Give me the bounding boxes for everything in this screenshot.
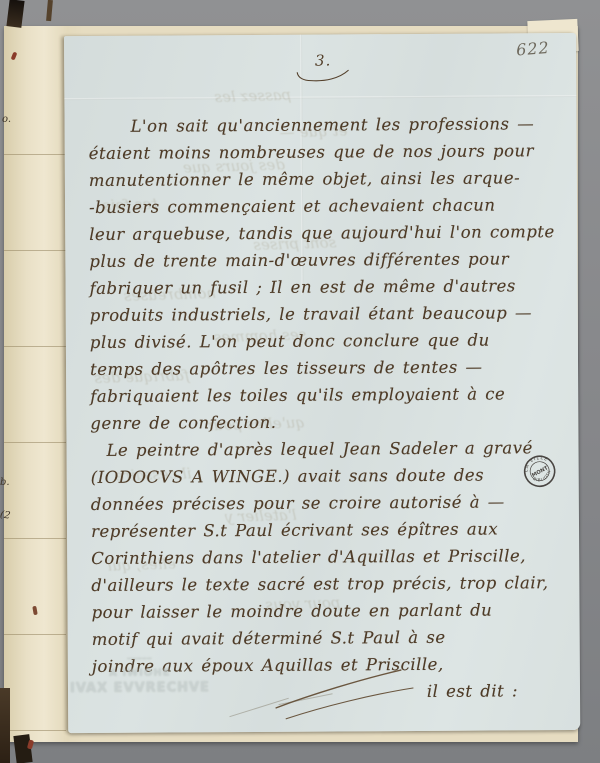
manuscript-line: données précises pour se croire autorisé… bbox=[91, 488, 575, 518]
manuscript-line: manutentionner le même objet, ainsi les … bbox=[89, 164, 573, 194]
manuscript-line: plus de trente main-d'œuvres différentes… bbox=[89, 245, 573, 275]
binding-edge-dark bbox=[0, 688, 10, 763]
folio-number: 622 bbox=[515, 36, 576, 59]
binding-thread bbox=[46, 0, 53, 21]
manuscript-text: L'on sait qu'anciennement les profession… bbox=[88, 110, 576, 707]
manuscript-line: genre de confection. bbox=[90, 407, 574, 437]
manuscript-line: d'ailleurs le texte sacré est trop préci… bbox=[91, 569, 575, 599]
manuscript-line: produits industriels, le travail étant b… bbox=[90, 299, 574, 329]
margin-mark: (2 bbox=[0, 509, 11, 522]
manuscript-line: Corinthiens dans l'atelier d'Aquillas et… bbox=[91, 542, 575, 572]
stitch-mark bbox=[27, 740, 34, 750]
margin-mark: o. bbox=[2, 114, 11, 125]
margin-mark: b. bbox=[0, 477, 10, 488]
manuscript-line: étaient moins nombreuses que de nos jour… bbox=[89, 137, 573, 167]
ghost-label-row: ⎯⎯⎯⎯⎯ bbox=[70, 650, 210, 666]
manuscript-line: leur arquebuse, tandis que aujourd'hui l… bbox=[89, 218, 573, 248]
manuscript-line: temps des apôtres les tisseurs de tentes… bbox=[90, 353, 574, 383]
page-number: 3. bbox=[315, 51, 331, 69]
ghost-label-row: IVAX EVVRECHVE bbox=[70, 680, 210, 696]
binding-tab-top bbox=[6, 0, 24, 28]
manuscript-line: -busiers commençaient et achevaient chac… bbox=[89, 191, 573, 221]
manuscript-line: Le peintre d'après lequel Jean Sadeler a… bbox=[90, 434, 574, 464]
page-number-block: 3. bbox=[288, 50, 358, 82]
ghost-printed-label: ⎯⎯⎯⎯⎯ A IWIOHE IVAX EVVRECHVE bbox=[70, 650, 210, 696]
paper-crease bbox=[64, 95, 576, 100]
manuscript-line: (IODOCVS A WINGE.) avait sans doute des bbox=[91, 461, 575, 491]
manuscript-line: plus divisé. L'on peut donc conclure que… bbox=[90, 326, 574, 356]
manuscript-line: motif qui avait déterminé S.t Paul à se bbox=[92, 623, 576, 653]
manuscript-line: représenter S.t Paul écrivant ses épître… bbox=[91, 515, 575, 545]
manuscript-line: fabriquer un fusil ; Il en est de même d… bbox=[89, 272, 573, 302]
manuscript-line: pour laisser le moindre doute en parlant… bbox=[91, 596, 575, 626]
manuscript-line: L'on sait qu'anciennement les profession… bbox=[88, 110, 572, 140]
ghost-label-row: A IWIOHE bbox=[70, 665, 210, 681]
manuscript-line: fabriquaient les toiles qu'ils employaie… bbox=[90, 380, 574, 410]
ghost-text: passez les bbox=[214, 86, 291, 106]
pen-flourish bbox=[256, 652, 432, 738]
manuscript-page: passez les et que — des jours que tes fo… bbox=[64, 33, 580, 733]
